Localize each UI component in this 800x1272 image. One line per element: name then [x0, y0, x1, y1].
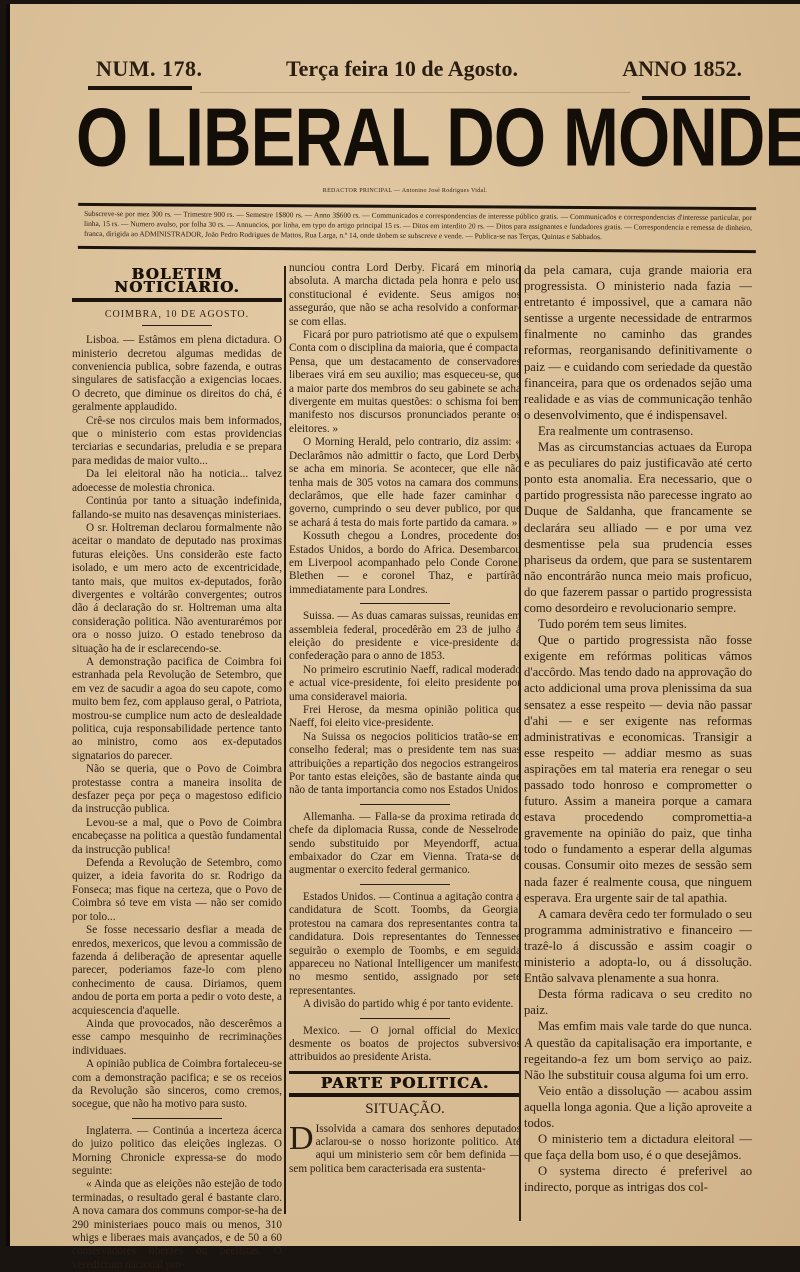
article-paragraph: Mas emfim mais vale tarde do que nunca. …: [524, 1018, 752, 1082]
column-divider: [519, 266, 521, 1221]
column-international: nunciou contra Lord Derby. Ficará em min…: [289, 262, 521, 1176]
article-paragraph: A opinião publica de Coimbra fortaleceu-…: [72, 1058, 282, 1112]
inglaterra-paragraph: Inglaterra. — Continúa a incerteza ácerc…: [72, 1125, 282, 1179]
column-divider: [284, 266, 286, 1214]
article-paragraph: O ministerio tem a dictadura eleitoral —…: [524, 1131, 752, 1163]
article-paragraph: Kossuth chegou a Londres, procedente dos…: [289, 530, 521, 597]
article-paragraph: Da lei eleitoral não ha noticia... talve…: [72, 468, 282, 495]
situacao-paragraph: DIssolvida a camara dos senhores deputad…: [289, 1123, 521, 1177]
situacao-text: Issolvida a camara dos senhores deputado…: [289, 1123, 521, 1175]
article-paragraph: Mas as circumstancias actuaes da Europa …: [524, 439, 752, 616]
column-situacao-continued: da pela camara, cuja grande maioria era …: [524, 262, 752, 1195]
suissa-paragraph: Na Suissa os negocios politicios tratão-…: [289, 731, 521, 798]
article-paragraph: Desta fórma radicava o seu credito no pa…: [524, 986, 752, 1018]
article-paragraph: Veio então a dissolução — acabou assim a…: [524, 1083, 752, 1131]
article-paragraph: nunciou contra Lord Derby. Ficará em min…: [289, 262, 521, 329]
issue-date: Terça feira 10 de Agosto.: [286, 56, 518, 82]
article-paragraph: A camara devêra cedo ter formulado o seu…: [524, 906, 752, 986]
suissa-paragraph: Suissa. — As duas camaras suissas, reuni…: [289, 610, 521, 664]
section-separator: [360, 804, 450, 805]
suissa-paragraph: No primeiro escrutinio Naeff, radical mo…: [289, 664, 521, 704]
heading-rule: [72, 298, 282, 302]
issue-year: ANNO 1852.: [622, 56, 742, 82]
allemanha-paragraph: Allemanha. — Falla-se da proxima retirad…: [289, 811, 521, 878]
article-paragraph: A demonstração pacifica de Coimbra foi e…: [72, 656, 282, 763]
section-heading-boletim: BOLETIM NOTICIARIO.: [72, 268, 282, 295]
article-paragraph: Ainda que provocados, não descerêmos a e…: [72, 1018, 282, 1058]
section-separator: [132, 1118, 222, 1119]
article-paragraph: O sr. Holtreman declarou formalmente não…: [72, 522, 282, 656]
dateline: COIMBRA, 10 DE AGOSTO.: [72, 308, 282, 321]
article-paragraph: Lisboa. — Estâmos em plena dictadura. O …: [72, 334, 282, 414]
article-paragraph: Tudo porém tem seus limites.: [524, 616, 752, 632]
article-paragraph: Continúa por tanto a situação indefinida…: [72, 495, 282, 522]
redactor-line: REDACTOR PRINCIPAL — Antonino José Rodri…: [10, 188, 800, 194]
article-paragraph: Se fosse necessario desfiar a meada de e…: [72, 924, 282, 1018]
drop-cap: D: [289, 1125, 314, 1153]
section-separator: [360, 884, 450, 885]
article-paragraph: O Morning Herald, pelo contrario, diz as…: [289, 436, 521, 530]
article-paragraph: Não se queria, que o Povo de Coimbra pro…: [72, 763, 282, 817]
suissa-paragraph: Frei Herose, da mesma opinião politica q…: [289, 704, 521, 731]
section-separator: [360, 1018, 450, 1019]
newspaper-title-text: O LIBERAL DO MONDEGO.: [76, 94, 800, 181]
subscription-info: Subscreve-se por mez 300 rs. — Trimestre…: [78, 203, 756, 253]
section-separator: [360, 603, 450, 604]
article-paragraph: Crê-se nos circulos mais bem informados,…: [72, 415, 282, 469]
article-paragraph: Defenda a Revolução de Setembro, como qu…: [72, 857, 282, 924]
estados-unidos-paragraph: A divisão do partido whig é por tanto ev…: [289, 998, 521, 1011]
estados-unidos-paragraph: Estados Unidos. — Continua a agitação co…: [289, 891, 521, 998]
newspaper-title: O LIBERAL DO MONDEGO.: [76, 96, 661, 178]
column-boletim: BOLETIM NOTICIARIO. COIMBRA, 10 DE AGOST…: [72, 262, 282, 1246]
article-paragraph: Ficará por puro patriotismo até que o ex…: [289, 329, 521, 436]
article-title-situacao: SITUAÇÃO.: [289, 1103, 521, 1116]
newspaper-page: NUM. 178. Terça feira 10 de Agosto. ANNO…: [6, 4, 800, 1246]
article-paragraph: O systema directo é preferivel ao indire…: [524, 1163, 752, 1195]
inglaterra-quote: « Ainda que as eleições não estejão de t…: [72, 1178, 282, 1246]
article-paragraph: Levou-se a mal, que o Povo de Coimbra en…: [72, 817, 282, 857]
article-paragraph: da pela camara, cuja grande maioria era …: [524, 262, 752, 423]
article-paragraph: Que o partido progressista não fosse exi…: [524, 632, 752, 906]
article-paragraph: Era realmente um contrasenso.: [524, 423, 752, 439]
heading-rule: [289, 1093, 521, 1097]
mexico-paragraph: Mexico. — O jornal official do Mexico de…: [289, 1025, 521, 1065]
dateline-rule: [142, 325, 212, 326]
issue-number: NUM. 178.: [96, 56, 203, 82]
section-heading-parte-politica: PARTE POLITICA.: [289, 1077, 521, 1090]
